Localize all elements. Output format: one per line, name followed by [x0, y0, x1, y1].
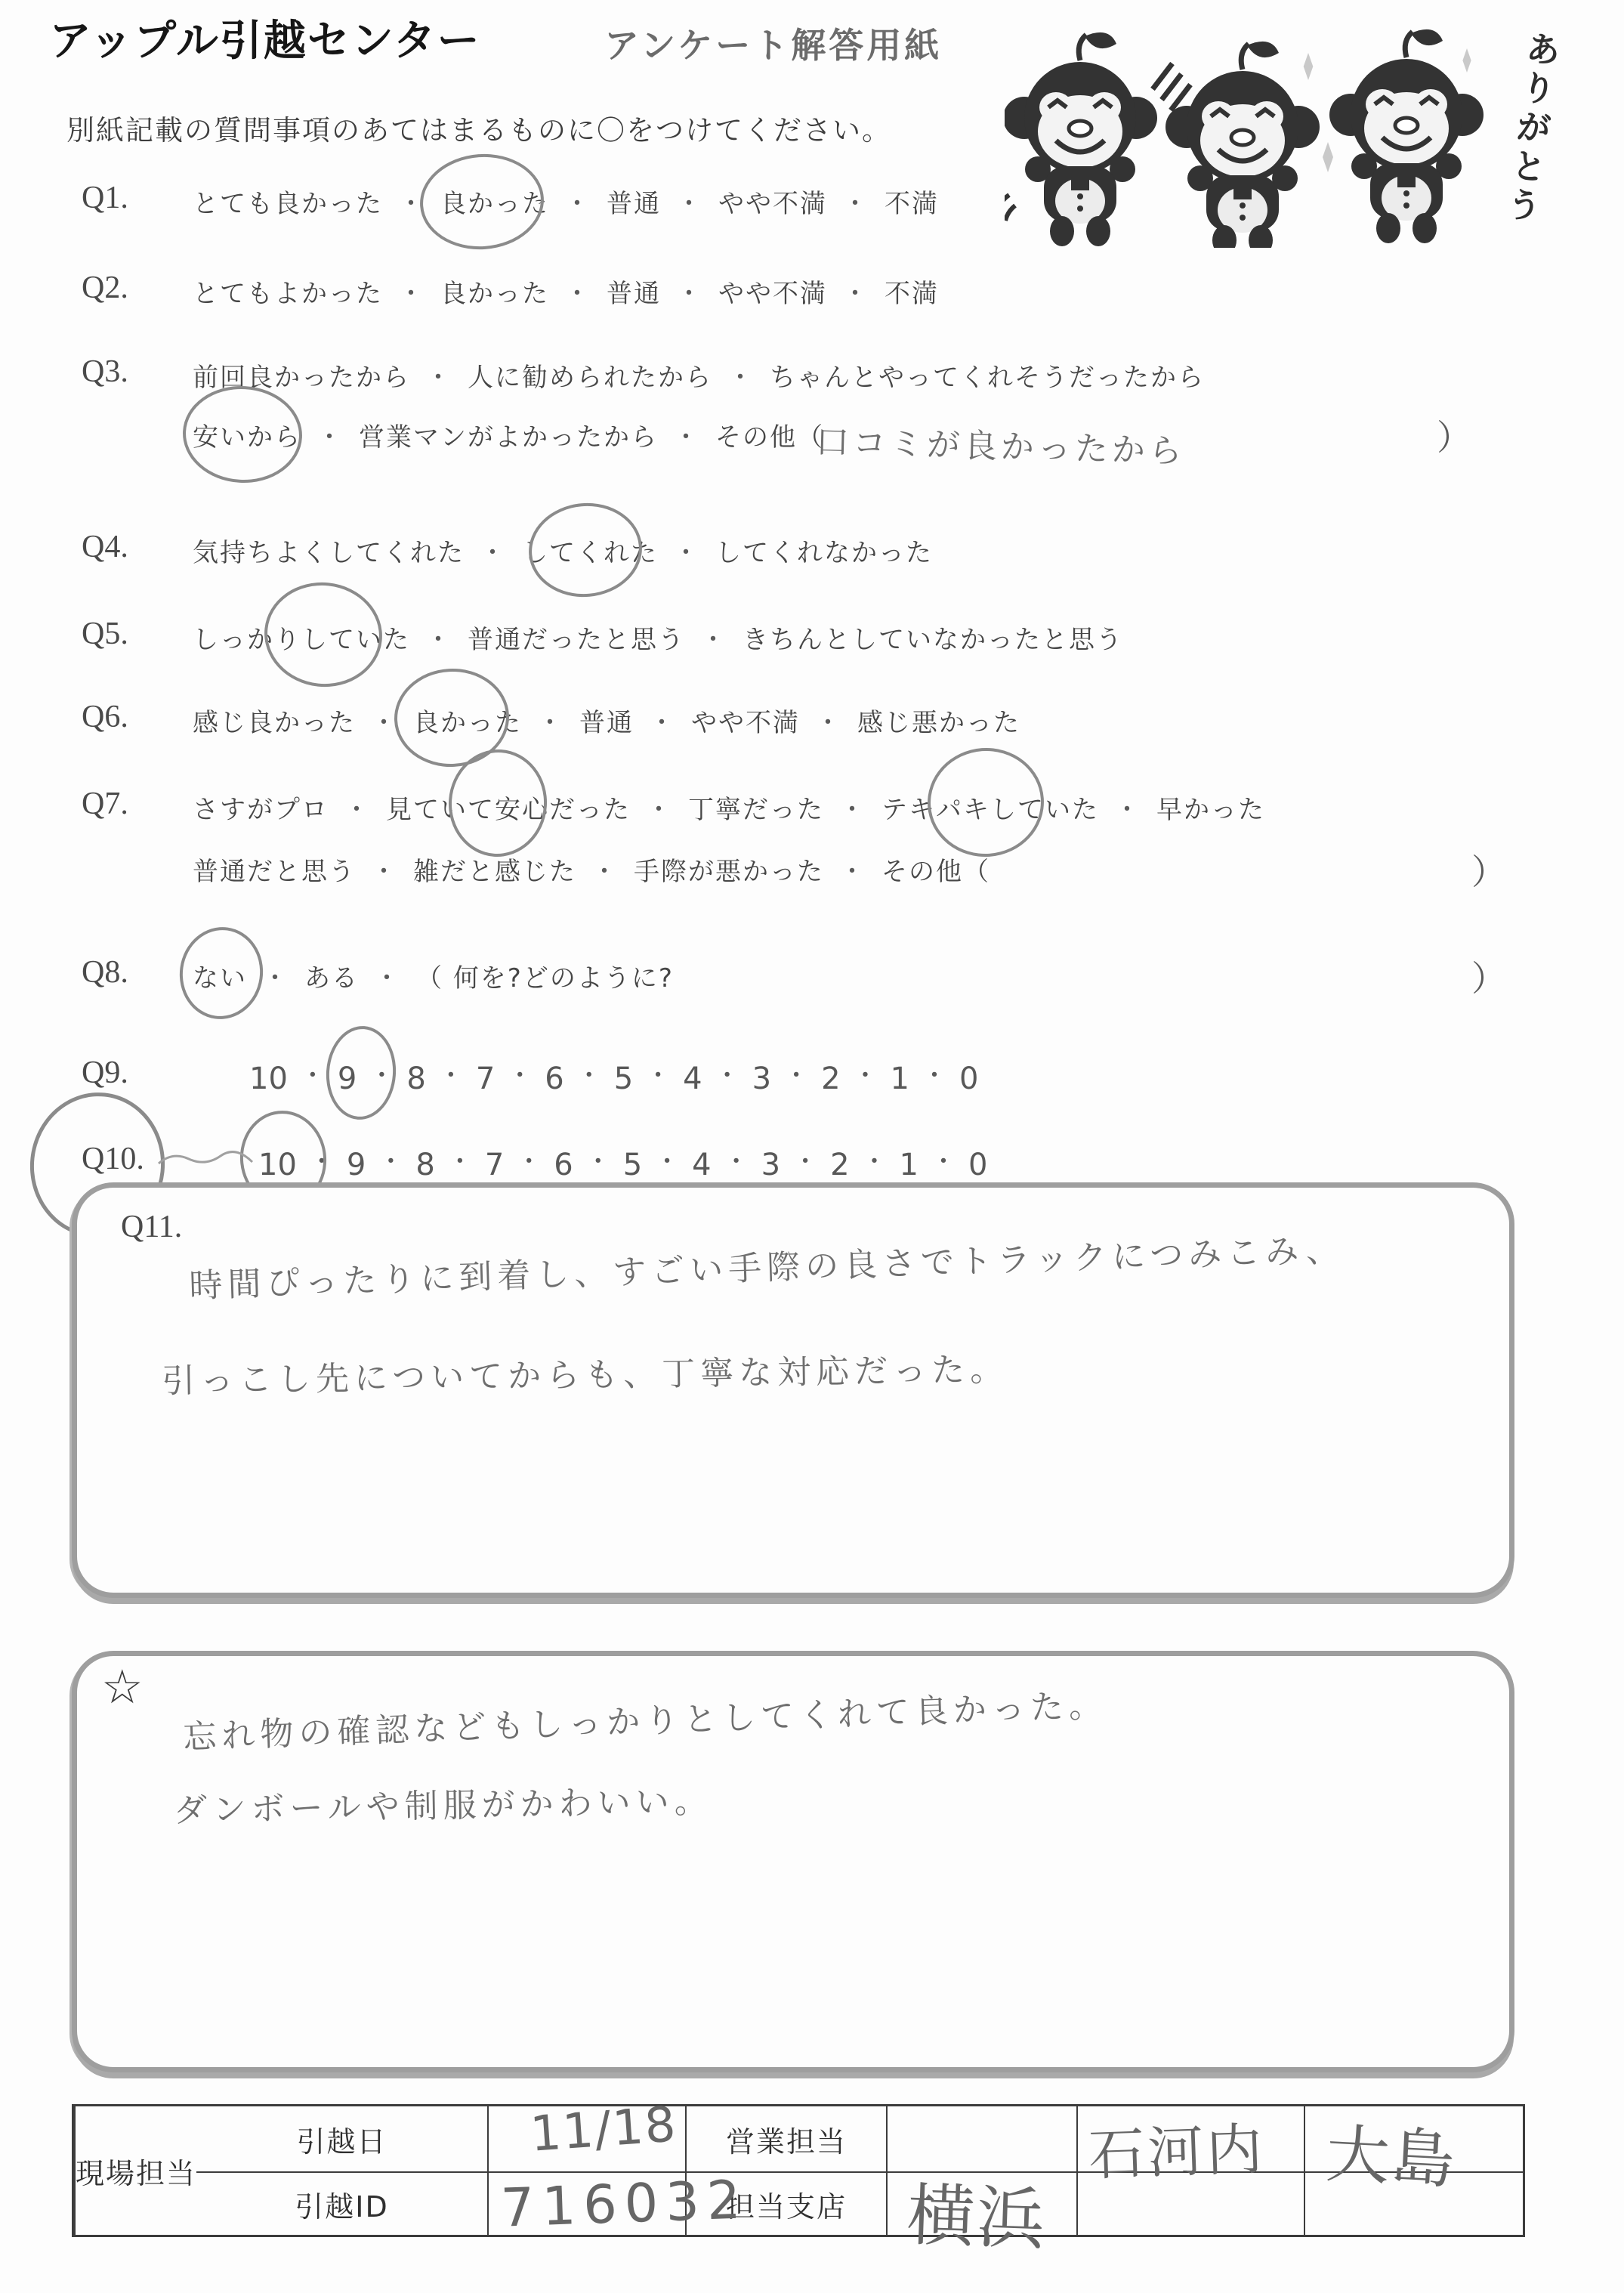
scale-separator: ・ — [585, 1141, 611, 1178]
option: ちゃんとやってくれそうだったから — [770, 363, 1205, 393]
scale-value: 8 — [415, 1148, 434, 1182]
option: 不満 — [885, 279, 939, 309]
option: 普通だったと思う — [468, 625, 685, 655]
question-q2: Q2. とてもよかった・良かった・普通・やや不満・不満 — [0, 270, 1624, 315]
option: 感じ悪かった — [857, 708, 1020, 738]
option-separator: ・ — [676, 273, 703, 310]
handwritten-field-rep-1: 石河内 — [1087, 2105, 1267, 2191]
option: してくれなかった — [715, 538, 933, 568]
option: やや不満 — [718, 279, 827, 309]
option: 良かった — [440, 279, 549, 309]
footer-info-table: 引越日 11/18 営業担当 現場担当 石河内 大島 引越ID 716032 担… — [72, 2104, 1525, 2237]
question-label: Q4. — [82, 529, 128, 565]
option-separator: ・ — [673, 532, 700, 569]
scale-value: 9 — [347, 1148, 366, 1182]
star-icon: ☆ — [101, 1659, 144, 1714]
scale-value: 0 — [968, 1148, 987, 1182]
option: きちんとしていなかったと思う — [743, 625, 1123, 655]
scale-separator: ・ — [862, 1141, 888, 1178]
comment-box-q11: Q11. 時間ぴったりに到着し、すごい手際の良さでトラックにつみこみ、 引っこし… — [72, 1182, 1514, 1598]
move-date-cell: 11/18 — [487, 2106, 685, 2171]
handwritten-move-date: 11/18 — [529, 2097, 679, 2162]
scale-separator: ・ — [516, 1141, 542, 1178]
survey-answer-sheet: アップル引越センター アンケート解答用紙 別紙記載の質問事項のあてはまるものに〇… — [0, 0, 1624, 2293]
option: 普通だと思う — [193, 857, 356, 887]
scale-separator: ・ — [369, 1055, 394, 1092]
scale-separator: ・ — [931, 1141, 956, 1178]
scale-value: 5 — [623, 1148, 642, 1182]
scale-separator: ・ — [724, 1141, 749, 1178]
scale-value: 3 — [752, 1062, 771, 1096]
comment-box-extra: ☆ 忘れ物の確認などもしっかりとしてくれて良かった。 ダンボールや制服がかわいい… — [72, 1651, 1514, 2072]
question-q3-line2: 安いから・営業マンがよかったから・その他（ 口コミが良かったから ） — [0, 413, 1624, 459]
option-separator: ・ — [646, 789, 673, 826]
option: 普通 — [579, 708, 634, 738]
scale-separator: ・ — [792, 1141, 818, 1178]
option: 人に勧められたから — [468, 363, 712, 393]
handwritten-comment-line: ダンボールや制服がかわいい。 — [173, 1774, 713, 1831]
handwritten-other-answer: 口コミが良かったから — [815, 415, 1187, 473]
option: その他（ — [715, 422, 824, 453]
scale-separator: ・ — [715, 1055, 740, 1092]
question-label: Q10. — [82, 1141, 144, 1177]
handwritten-branch: 横浜 — [906, 2160, 1048, 2263]
question-q6: Q6. 感じ良かった・良かった・普通・やや不満・感じ悪かった — [0, 699, 1624, 744]
option-circled: しっかりしていた — [193, 625, 410, 655]
field-rep-cell-2: 大島 — [1304, 2106, 1523, 2171]
option: 営業マンがよかったから — [359, 422, 658, 453]
question-q4: Q4. 気持ちよくしてくれた・してくれた・してくれなかった — [0, 529, 1624, 574]
scale-separator: ・ — [507, 1055, 533, 1092]
option-separator: ・ — [537, 702, 564, 739]
option-circled: 良かった — [413, 708, 522, 738]
scale-separator: ・ — [576, 1055, 602, 1092]
question-q5: Q5. しっかりしていた・普通だったと思う・きちんとしていなかったと思う — [0, 616, 1624, 661]
option: 早かった — [1156, 795, 1265, 825]
scale-value: 5 — [614, 1062, 633, 1096]
scale-value: 7 — [476, 1062, 495, 1096]
scale-separator: ・ — [783, 1055, 809, 1092]
handwritten-field-rep-2: 大島 — [1324, 2103, 1459, 2202]
scale-separator: ・ — [300, 1055, 326, 1092]
question-label: Q7. — [82, 786, 128, 822]
scale-value-circled: 10 — [258, 1148, 297, 1182]
scale-separator: ・ — [309, 1141, 335, 1178]
option-separator: ・ — [425, 357, 452, 394]
scale-value-circled: 9 — [338, 1062, 357, 1096]
option: さすがプロ — [193, 795, 329, 825]
scale-value: 0 — [959, 1062, 978, 1096]
option-separator: ・ — [425, 619, 452, 656]
option-separator: ・ — [564, 183, 591, 220]
option: 気持ちよくしてくれた — [193, 538, 465, 568]
option: 丁寧だった — [688, 795, 824, 825]
option-circled: 安いから — [193, 422, 301, 453]
question-q8: Q8. ない・ある・（ 何を?どのように? ） — [0, 954, 1624, 1000]
option: とてもよかった — [193, 279, 383, 309]
handwritten-move-id: 716032 — [500, 2168, 749, 2239]
option-separator: ・ — [262, 957, 289, 994]
option-separator: ・ — [676, 183, 703, 220]
question-q7-line1: Q7. さすがプロ・見ていて安心だった・丁寧だった・テキパキしていた・早かった — [0, 786, 1624, 831]
question-label: Q6. — [82, 699, 128, 735]
option-separator: ・ — [839, 789, 866, 826]
scale-value: 1 — [900, 1148, 919, 1182]
scale-separator: ・ — [447, 1141, 473, 1178]
option-separator: ・ — [398, 183, 425, 220]
scale-value: 3 — [761, 1148, 780, 1182]
option-separator: ・ — [591, 851, 619, 888]
handwritten-comment-line: 忘れ物の確認などもしっかりとしてくれて良かった。 — [182, 1678, 1107, 1759]
question-label: Q9. — [82, 1055, 128, 1091]
option-separator: ・ — [1114, 789, 1141, 826]
option-separator: ・ — [842, 183, 869, 220]
page-subtitle: アンケート解答用紙 — [604, 18, 942, 68]
scale-separator: ・ — [853, 1055, 878, 1092]
move-date-label: 引越日 — [196, 2106, 487, 2171]
option-separator: ・ — [842, 273, 869, 310]
scale-value: 2 — [821, 1062, 840, 1096]
scale-separator: ・ — [438, 1055, 464, 1092]
question-label: Q3. — [82, 354, 128, 390]
move-id-label: 引越ID — [196, 2171, 487, 2235]
handdrawn-squiggle — [157, 1147, 255, 1173]
option-circled: 良かった — [440, 189, 549, 219]
move-id-cell: 716032 — [487, 2171, 685, 2235]
paren-close: ） — [1437, 410, 1471, 460]
option-separator: ・ — [480, 532, 507, 569]
question-q3-line1: Q3. 前回良かったから・人に勧められたから・ちゃんとやってくれそうだったから — [0, 354, 1624, 399]
option-circled: テキパキしていた — [881, 795, 1099, 825]
handwritten-comment-line: 引っこし先についてからも、丁寧な対応だった。 — [162, 1342, 1009, 1402]
option: 普通 — [607, 189, 661, 219]
paren-close: ） — [1471, 951, 1506, 1001]
handwritten-comment-line: 時間ぴったりに到着し、すごい手際の良さでトラックにつみこみ、 — [188, 1222, 1345, 1307]
question-q1: Q1. とても良かった・良かった・普通・やや不満・不満 — [0, 180, 1624, 225]
option-circled: 見ていて安心だった — [386, 795, 631, 825]
scale-value: 4 — [692, 1148, 711, 1182]
option: やや不満 — [691, 708, 800, 738]
scale-value: 6 — [554, 1148, 573, 1182]
scale-value: 8 — [406, 1062, 425, 1096]
scale-value: 2 — [830, 1148, 849, 1182]
option: 手際が悪かった — [634, 857, 824, 887]
scale-separator: ・ — [922, 1055, 947, 1092]
sales-rep-label: 営業担当 — [685, 2106, 886, 2171]
page-title: アップル引越センター — [49, 8, 481, 68]
option-separator: ・ — [673, 416, 700, 453]
scale-value: 4 — [683, 1062, 702, 1096]
scale-value: 7 — [485, 1148, 504, 1182]
option-circled: してくれた — [522, 538, 658, 568]
option-separator: ・ — [839, 851, 866, 888]
field-rep-cell-1: 石河内 — [1076, 2106, 1304, 2171]
question-label: Q8. — [82, 954, 128, 990]
option-separator: ・ — [649, 702, 676, 739]
option-circled: ない — [193, 963, 247, 994]
option-separator: ・ — [564, 273, 591, 310]
option-separator: ・ — [374, 957, 401, 994]
option: 雑だと感じた — [413, 857, 576, 887]
option-separator: ・ — [371, 702, 398, 739]
option: やや不満 — [718, 189, 827, 219]
option-separator: ・ — [727, 357, 755, 394]
option: その他（ — [881, 857, 990, 887]
question-label: Q5. — [82, 616, 128, 652]
question-q10: Q10. 10・9・8・7・6・5・4・3・2・1・0 — [0, 1141, 1624, 1186]
option: 普通 — [607, 279, 661, 309]
scale-separator: ・ — [645, 1055, 671, 1092]
scale-separator: ・ — [378, 1141, 403, 1178]
option: 前回良かったから — [193, 363, 410, 393]
branch-cell: 横浜 — [886, 2171, 1076, 2235]
option-separator: ・ — [344, 789, 371, 826]
option: 不満 — [885, 189, 939, 219]
scale-value: 10 — [249, 1062, 288, 1096]
scale-value: 6 — [545, 1062, 563, 1096]
option-separator: ・ — [700, 619, 727, 656]
question-label: Q11. — [121, 1209, 182, 1245]
option: 感じ良かった — [193, 708, 356, 738]
instruction-text: 別紙記載の質問事項のあてはまるものに〇をつけてください。 — [66, 107, 891, 148]
option: （ 何を?どのように? — [416, 963, 674, 994]
option-separator: ・ — [815, 702, 842, 739]
question-q9: Q9. 10・9・8・7・6・5・4・3・2・1・0 — [0, 1055, 1624, 1100]
option-separator: ・ — [398, 273, 425, 310]
option: ある — [304, 963, 359, 994]
option-separator: ・ — [371, 851, 398, 888]
option: とても良かった — [193, 189, 383, 219]
scale-value: 1 — [891, 1062, 909, 1096]
field-rep-label: 現場担当 — [74, 2106, 196, 2235]
scale-separator: ・ — [654, 1141, 680, 1178]
question-label: Q2. — [82, 270, 128, 306]
question-label: Q1. — [82, 180, 128, 216]
question-q7-line2: 普通だと思う・雑だと感じた・手際が悪かった・その他（ ） — [0, 848, 1624, 893]
paren-close: ） — [1471, 845, 1506, 895]
option-separator: ・ — [316, 416, 344, 453]
